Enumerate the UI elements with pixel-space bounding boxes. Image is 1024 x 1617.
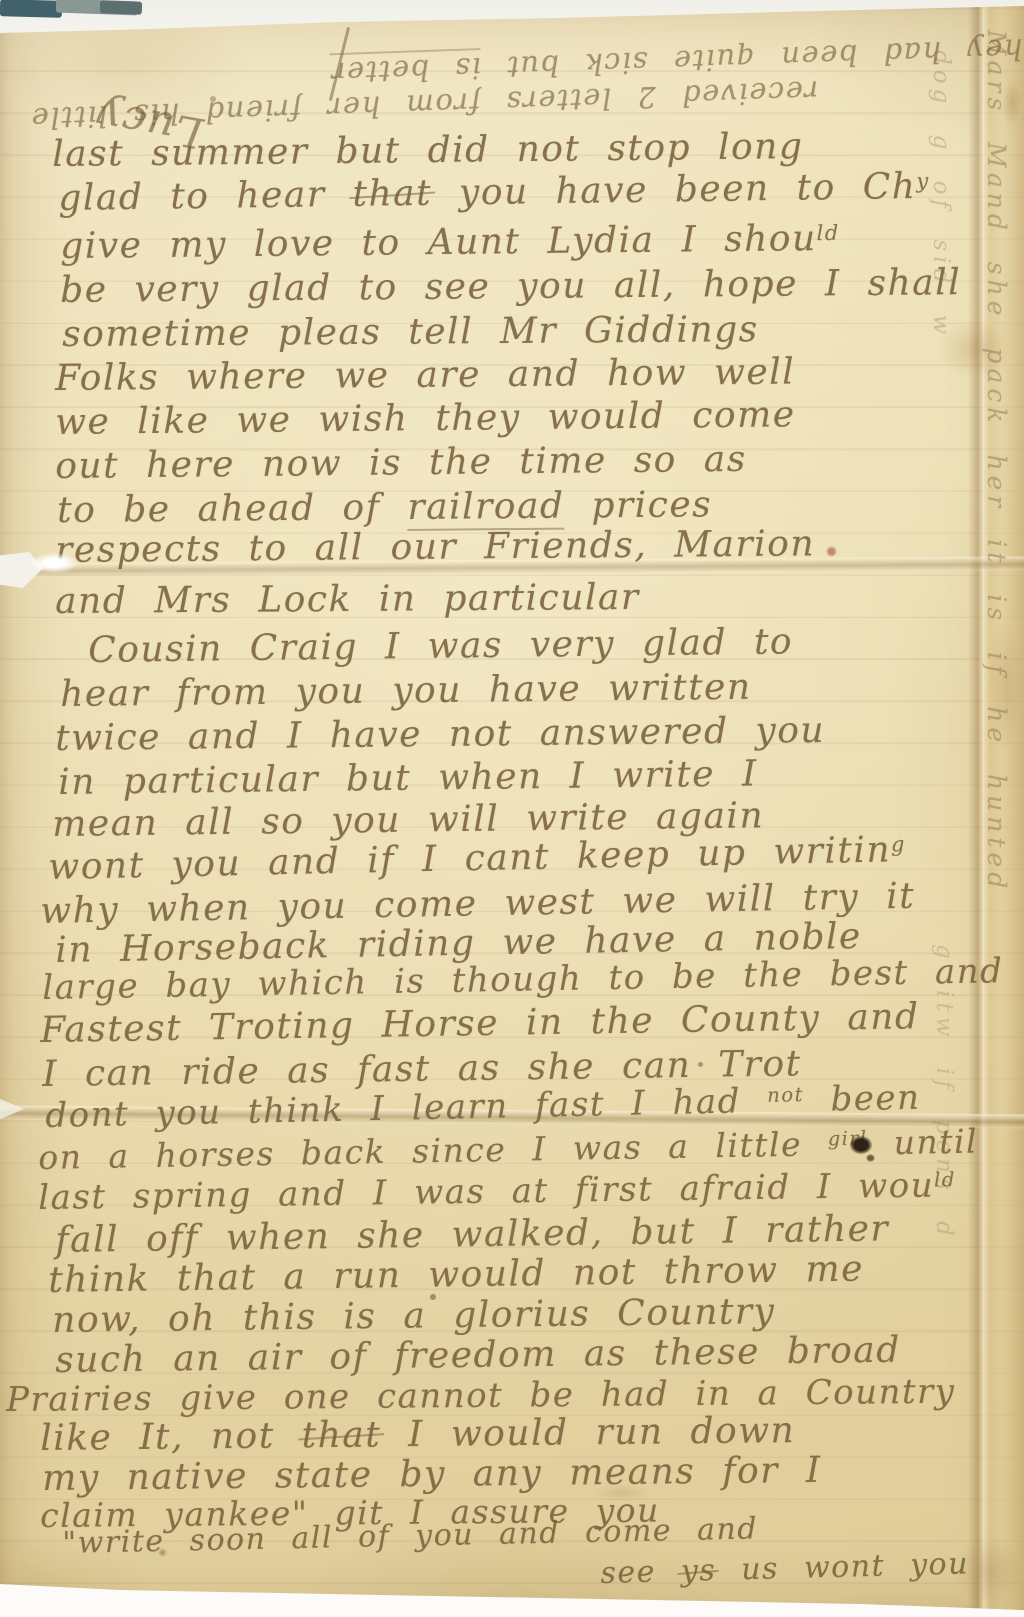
- margin-writing: dog g of sid w: [928, 50, 954, 339]
- handwriting-line: in particular but when I write I: [58, 753, 758, 803]
- ink-blot-small: [866, 1154, 875, 1162]
- handwriting-line: Folks where we are and how well: [55, 352, 795, 399]
- scanned-letter-page: Lucythey had been quite sick but is bett…: [0, 0, 1024, 1617]
- handwriting-line: last summer but did not stop long: [52, 126, 804, 175]
- paper-clip-tab: [100, 0, 142, 14]
- handwriting-line: Cousin Craig I was very glad to: [88, 621, 793, 671]
- handwriting-line: be very glad to see you all, hope I shal…: [60, 262, 961, 311]
- letter-body: Lucythey had been quite sick but is bett…: [0, 0, 1024, 1617]
- letter-paper: Lucythey had been quite sick but is bett…: [0, 0, 1024, 1617]
- handwriting-line: to be ahead of railroad prices: [57, 484, 712, 531]
- handwriting-line: twice and I have not answered you: [55, 710, 825, 759]
- edge-chip: [30, 553, 78, 573]
- paper-clip: [0, 0, 62, 18]
- handwriting-line: give my love to Aunt Lydia I should: [60, 218, 840, 267]
- handwriting-line: we like we wish they would come: [55, 394, 796, 443]
- handwriting-line: respects to all our Friends, Marion: [55, 523, 815, 571]
- margin-writing: g itw if pens d: [931, 944, 957, 1241]
- handwriting-line: and Mrs Lock in particular: [55, 577, 640, 622]
- handwriting-line: out here now is the time so as: [55, 439, 747, 487]
- handwriting-line: glad to hear that you have been to Chy: [58, 166, 930, 219]
- handwriting-line: see ys us wont you: [600, 1546, 969, 1591]
- handwriting-line: hear from you you have written: [60, 667, 752, 715]
- handwriting-line: sometime pleas tell Mr Giddings: [62, 309, 759, 355]
- margin-writing: Mars Mand she pack her it is if he hunte…: [982, 30, 1011, 893]
- ink-blot: [850, 1136, 872, 1154]
